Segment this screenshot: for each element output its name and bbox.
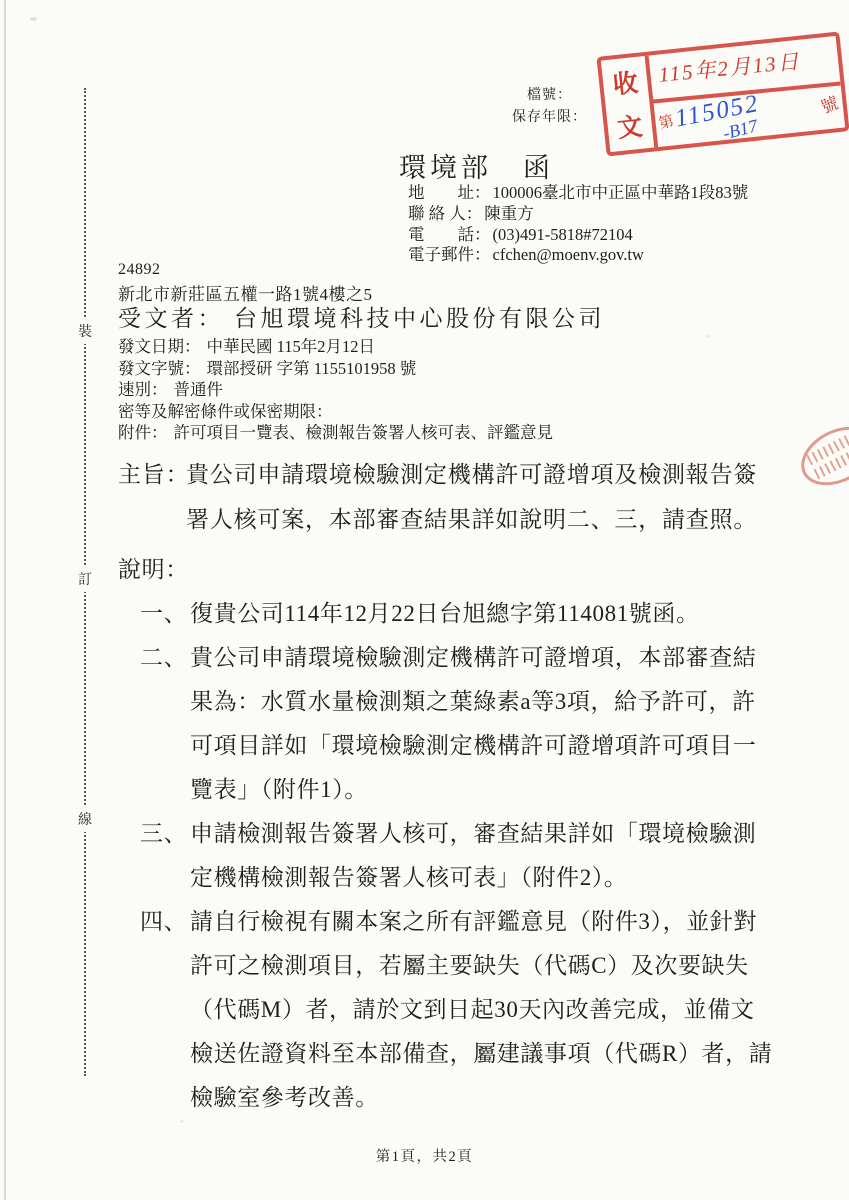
subject-line: 貴公司申請環境檢驗測定機構許可證增項及檢測報告簽 <box>186 452 798 497</box>
classification-row: 密等及解密條件或保密期限： <box>118 401 553 423</box>
binding-mark-xian: 線 <box>77 806 93 832</box>
received-number-prefix: 第 <box>656 110 676 134</box>
explanation-item-4: 四、 請自行檢視有關本案之所有評鑑意見（附件3），並針對 許可之檢測項目，若屬主… <box>118 900 798 1120</box>
received-stamp-fields: 115年2月13日 第 115052 -B17 號 <box>649 36 846 147</box>
recipient-postal-code: 24892 <box>118 261 161 279</box>
priority-value: 普通件 <box>174 380 224 399</box>
received-stamp-char-top: 收 <box>611 63 640 101</box>
scan-edge-shadow <box>4 0 6 1200</box>
contact-person-value: 陳重方 <box>484 204 534 223</box>
item-number: 三、 <box>140 812 187 856</box>
contact-address-label: 地 址： <box>408 183 491 204</box>
priority-row: 速別：普通件 <box>118 379 553 401</box>
item-line: 許可之檢測項目，若屬主要缺失（代碼C）及次要缺失 <box>190 944 798 988</box>
subject-label: 主旨： <box>118 452 189 497</box>
scan-speck <box>180 1120 184 1123</box>
issue-date-value: 中華民國 115年2月12日 <box>207 337 376 356</box>
partial-red-stamp <box>791 415 849 497</box>
contact-email-label: 電子郵件： <box>408 245 491 266</box>
document-title: 環境部 函 <box>399 146 554 185</box>
received-number-suffix: 號 <box>817 89 842 118</box>
recipient-line: 受文者：台旭環境科技中心股份有限公司 <box>118 300 605 333</box>
page-number: 第1頁，共2頁 <box>0 1145 849 1166</box>
contact-phone-label: 電 話： <box>408 225 491 246</box>
recipient-name: 台旭環境科技中心股份有限公司 <box>234 306 605 331</box>
contact-phone-value: (03)491-5818#72104 <box>493 225 633 244</box>
item-line: 果為：水質水量檢測類之葉綠素a等3項，給予許可，許 <box>190 680 798 724</box>
attachments-value: 許可項目一覽表、檢測報告簽署人核可表、評鑑意見 <box>174 423 554 442</box>
explanation-item-1: 一、 復貴公司114年12月22日台旭總字第114081號函。 <box>118 592 798 636</box>
item-line: 覽表」（附件1）。 <box>190 768 798 812</box>
item-number: 二、 <box>140 636 187 680</box>
contact-person-label: 聯 絡 人： <box>408 204 482 225</box>
item-line: 申請檢測報告簽署人核可，審查結果詳如「環境檢驗測 <box>190 812 798 856</box>
meta-block: 發文日期：中華民國 115年2月12日 發文字號：環部授研 字第 1155101… <box>118 336 553 444</box>
binding-mark-ding: 訂 <box>77 566 93 592</box>
official-letter-page: 檔號： 保存年限： 收 文 115年2月13日 第 115052 -B17 號 … <box>0 0 849 1200</box>
issue-date-row: 發文日期：中華民國 115年2月12日 <box>118 336 553 358</box>
item-line: 貴公司申請環境檢驗測定機構許可證增項，本部審查結 <box>190 636 798 680</box>
retention-period-label: 保存年限： <box>512 106 587 126</box>
item-number: 四、 <box>140 900 187 944</box>
explanation-block: 說明： 一、 復貴公司114年12月22日台旭總字第114081號函。 二、 貴… <box>118 548 798 1120</box>
priority-label: 速別： <box>118 380 168 399</box>
explanation-item-2: 二、 貴公司申請環境檢驗測定機構許可證增項，本部審查結 果為：水質水量檢測類之葉… <box>118 636 798 812</box>
subject-line: 署人核可案，本部審查結果詳如說明二、三，請查照。 <box>186 497 798 542</box>
item-line: 檢驗室參考改善。 <box>190 1076 798 1120</box>
contact-person-row: 聯 絡 人：陳重方 <box>408 204 748 225</box>
classification-label: 密等及解密條件或保密期限： <box>118 402 333 421</box>
explanation-label: 說明： <box>118 548 798 592</box>
received-stamp-char-bottom: 文 <box>615 107 644 145</box>
item-line: 復貴公司114年12月22日台旭總字第114081號函。 <box>190 592 798 636</box>
explanation-item-3: 三、 申請檢測報告簽署人核可，審查結果詳如「環境檢驗測 定機構檢測報告簽署人核可… <box>118 812 798 900</box>
contact-phone-row: 電 話：(03)491-5818#72104 <box>408 225 748 246</box>
contact-address-value: 100006臺北市中正區中華路1段83號 <box>493 183 749 202</box>
received-stamp: 收 文 115年2月13日 第 115052 -B17 號 <box>596 32 849 157</box>
contact-address-row: 地 址：100006臺北市中正區中華路1段83號 <box>408 183 748 204</box>
contact-block: 地 址：100006臺北市中正區中華路1段83號 聯 絡 人：陳重方 電 話：(… <box>408 183 748 266</box>
issue-date-label: 發文日期： <box>118 337 201 356</box>
item-line: 可項目詳如「環境檢驗測定機構許可證增項許可項目一 <box>190 724 798 768</box>
recipient-label: 受文者： <box>118 306 224 331</box>
scan-speck <box>30 17 37 21</box>
item-line: 請自行檢視有關本案之所有評鑑意見（附件3），並針對 <box>190 900 798 944</box>
issue-number-row: 發文字號：環部授研 字第 1155101958 號 <box>118 358 553 380</box>
item-number: 一、 <box>140 592 187 636</box>
file-number-label: 檔號： <box>527 84 572 104</box>
contact-email-value: cfchen@moenv.gov.tw <box>493 245 644 264</box>
scan-speck <box>705 335 710 338</box>
binding-mark-zhuang: 裝 <box>77 318 93 344</box>
subject-block: 主旨： 貴公司申請環境檢驗測定機構許可證增項及檢測報告簽 署人核可案，本部審查結… <box>118 452 798 542</box>
item-line: （代碼M）者，請於文到日起30天內改善完成，並備文 <box>190 988 798 1032</box>
item-line: 定機構檢測報告簽署人核可表」（附件2）。 <box>190 856 798 900</box>
item-line: 檢送佐證資料至本部備查，屬建議事項（代碼R）者，請 <box>190 1032 798 1076</box>
issue-number-label: 發文字號： <box>118 359 201 378</box>
contact-email-row: 電子郵件：cfchen@moenv.gov.tw <box>408 245 748 266</box>
attachments-label: 附件： <box>118 423 168 442</box>
issue-number-value: 環部授研 字第 1155101958 號 <box>207 359 417 378</box>
attachments-row: 附件：許可項目一覽表、檢測報告簽署人核可表、評鑑意見 <box>118 422 553 444</box>
subject-text: 貴公司申請環境檢驗測定機構許可證增項及檢測報告簽 署人核可案，本部審查結果詳如說… <box>118 452 798 542</box>
